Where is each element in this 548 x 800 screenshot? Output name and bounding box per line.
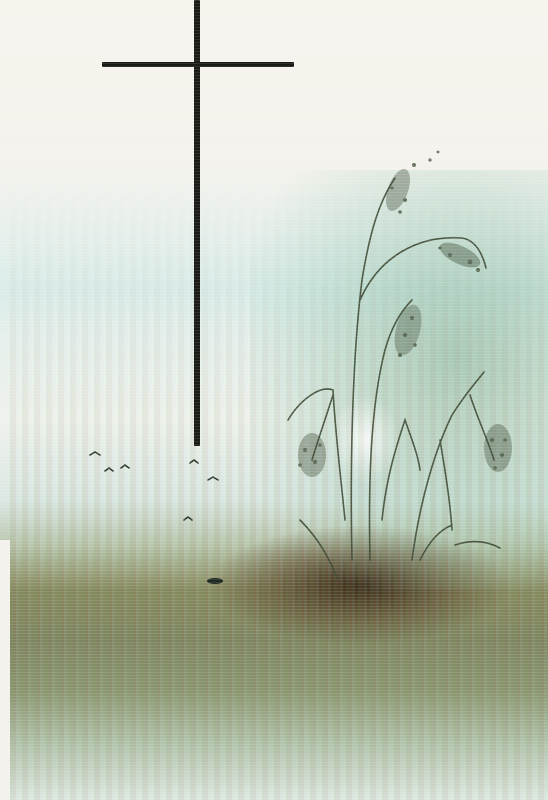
card-left-edge: [0, 540, 10, 800]
artwork-canvas: [0, 0, 548, 800]
scan-texture: [0, 0, 548, 800]
